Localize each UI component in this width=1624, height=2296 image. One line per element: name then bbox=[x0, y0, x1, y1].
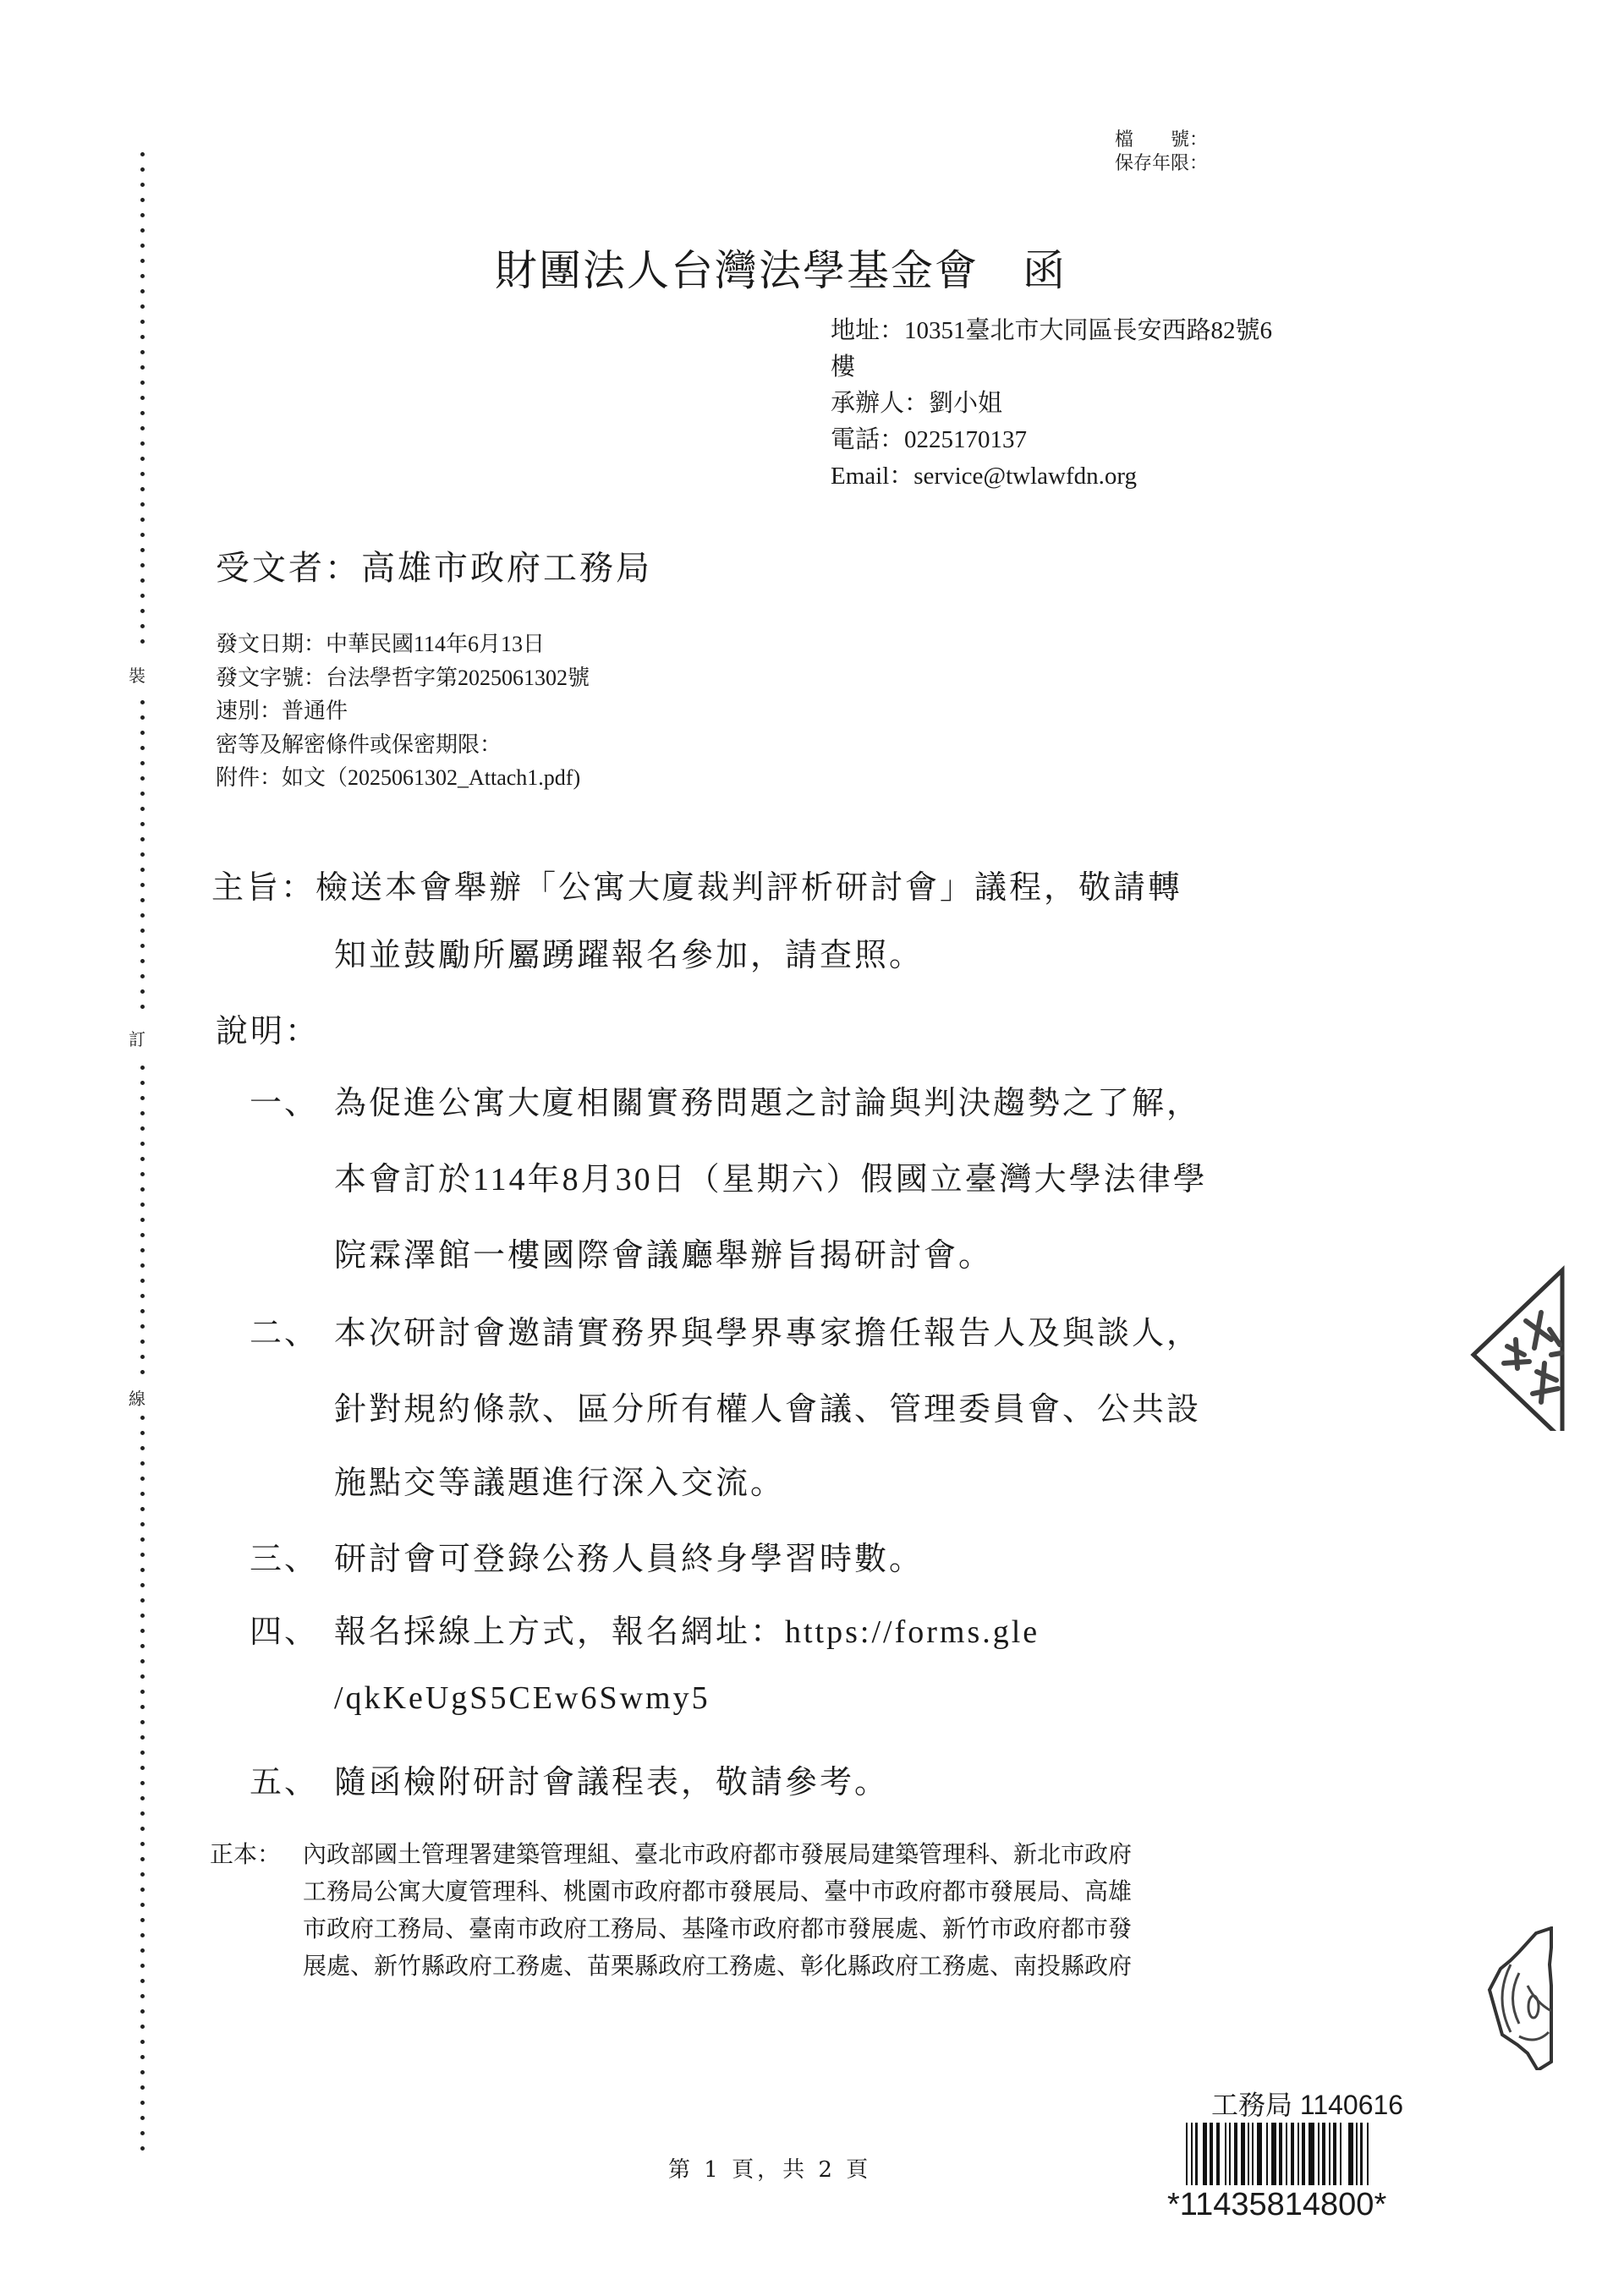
binding-dot bbox=[140, 1279, 145, 1283]
binding-dot bbox=[140, 411, 145, 415]
item-number: 四、 bbox=[250, 1605, 319, 1652]
binding-dot bbox=[140, 1203, 145, 1207]
attachment: 附件：如文（2025061302_Attach1.pdf) bbox=[216, 761, 590, 795]
subject-line-2: 知並鼓勵所屬踴躍報名參加，請查照。 bbox=[334, 929, 924, 975]
binding-dot bbox=[140, 1659, 145, 1663]
binding-dot bbox=[140, 1811, 145, 1816]
binding-dot bbox=[140, 1294, 145, 1298]
binding-dot bbox=[140, 1340, 145, 1344]
address-line-2: 樓 bbox=[831, 349, 1272, 386]
binding-dot bbox=[140, 1827, 145, 1831]
binding-dot bbox=[140, 441, 145, 446]
binding-dot bbox=[140, 883, 145, 887]
binding-dot bbox=[140, 1461, 145, 1466]
binding-dot bbox=[140, 868, 145, 872]
registration-link-line-2: /qkKeUgS5CEw6Swmy5 bbox=[334, 1680, 710, 1717]
binding-dot bbox=[140, 2131, 145, 2135]
item-line: 隨函檢附研討會議程表，敬請參考。 bbox=[334, 1756, 889, 1802]
binding-dot bbox=[140, 1781, 145, 1785]
binding-dot bbox=[140, 1948, 145, 1953]
item-line: 本次研討會邀請實務界與學界專家擔任報告人及與談人， bbox=[334, 1307, 1201, 1353]
binding-dot bbox=[140, 259, 145, 263]
binding-dot bbox=[140, 2116, 145, 2120]
binding-dot bbox=[140, 959, 145, 963]
binding-dot bbox=[140, 1187, 145, 1192]
binding-dot bbox=[140, 1096, 145, 1100]
copies-label: 正本： bbox=[210, 1837, 281, 1874]
binding-dot bbox=[140, 1842, 145, 1846]
file-no-label: 檔 號： bbox=[1115, 129, 1208, 152]
binding-dot bbox=[140, 533, 145, 537]
binding-dot bbox=[140, 1081, 145, 1085]
binding-dot bbox=[140, 1888, 145, 1892]
binding-dot bbox=[140, 1903, 145, 1907]
binding-dot bbox=[140, 1066, 145, 1070]
binding-dot bbox=[140, 1553, 145, 1557]
binding-dot bbox=[140, 1263, 145, 1268]
binding-dot bbox=[140, 822, 145, 826]
file-info: 檔 號： 保存年限： bbox=[1115, 129, 1208, 176]
issue-date: 發文日期：中華民國114年6月13日 bbox=[216, 627, 590, 661]
copies-list: 內政部國土管理署建築管理組、臺北市政府都市發展局建築管理科、新北市政府 工務局公… bbox=[303, 1837, 1453, 1986]
binding-dot bbox=[140, 2085, 145, 2090]
binding-dot bbox=[140, 1918, 145, 1922]
item-line: 針對規約條款、區分所有權人會議、管理委員會、公共設 bbox=[334, 1383, 1201, 1429]
binding-dot bbox=[140, 365, 145, 370]
binding-dot bbox=[140, 1735, 145, 1740]
binding-dot bbox=[140, 1720, 145, 1724]
binding-dot bbox=[140, 1674, 145, 1679]
binding-dot bbox=[140, 457, 145, 461]
binding-dot bbox=[140, 1005, 145, 1009]
item-number: 二、 bbox=[250, 1307, 319, 1353]
binding-dot bbox=[140, 944, 145, 948]
binding-label: 訂 bbox=[129, 1026, 145, 1050]
binding-dot bbox=[140, 2009, 145, 2014]
explanation-heading: 說明： bbox=[216, 1005, 320, 1051]
binding-dot bbox=[140, 746, 145, 750]
binding-dot bbox=[140, 837, 145, 841]
binding-dot bbox=[140, 1751, 145, 1755]
binding-dot bbox=[140, 594, 145, 598]
binding-margin: 裝訂線 bbox=[127, 127, 161, 2148]
binding-dot bbox=[140, 289, 145, 293]
barcode-number: *11435814800* bbox=[1167, 2187, 1386, 2223]
receipt-seal-icon bbox=[1485, 1926, 1624, 2070]
binding-dot bbox=[140, 807, 145, 811]
binding-dot bbox=[140, 1857, 145, 1861]
binding-dot bbox=[140, 929, 145, 933]
binding-label: 裝 bbox=[129, 662, 145, 687]
binding-dot bbox=[140, 1872, 145, 1877]
binding-dot bbox=[140, 213, 145, 217]
binding-dot bbox=[140, 578, 145, 583]
subject-line-1: 主旨：檢送本會舉辦「公寓大廈裁判評析研討會」議程，敬請轉 bbox=[211, 861, 1182, 907]
binding-dot bbox=[140, 1492, 145, 1496]
binding-dot bbox=[140, 700, 145, 704]
binding-dot bbox=[140, 852, 145, 857]
email: Email：service@twlawfdn.org bbox=[831, 458, 1272, 495]
binding-dot bbox=[140, 335, 145, 339]
binding-dot bbox=[140, 1705, 145, 1709]
item-line: 施點交等議題進行深入交流。 bbox=[334, 1456, 785, 1503]
binding-dot bbox=[140, 1309, 145, 1313]
binding-dot bbox=[140, 1964, 145, 1968]
recipient: 受文者：高雄市政府工務局 bbox=[216, 541, 652, 589]
retention-label: 保存年限： bbox=[1115, 152, 1208, 176]
binding-dot bbox=[140, 2025, 145, 2029]
binding-dot bbox=[140, 792, 145, 796]
binding-dot bbox=[140, 1157, 145, 1161]
binding-dot bbox=[140, 1477, 145, 1481]
document-title: 財團法人台灣法學基金會 函 bbox=[495, 237, 1067, 298]
binding-dot bbox=[140, 2070, 145, 2074]
item-number: 三、 bbox=[250, 1532, 319, 1579]
item-line: 院霖澤館一樓國際會議廳舉辦旨揭研討會。 bbox=[334, 1229, 993, 1275]
binding-dot bbox=[140, 381, 145, 385]
binding-label: 線 bbox=[129, 1385, 145, 1410]
address-line-1: 地址：10351臺北市大同區長安西路82號6 bbox=[831, 313, 1272, 349]
speed: 速別：普通件 bbox=[216, 694, 590, 728]
binding-dot bbox=[140, 2040, 145, 2044]
binding-dot bbox=[140, 1172, 145, 1176]
binding-dot bbox=[140, 624, 145, 628]
item-number: 五、 bbox=[250, 1756, 319, 1802]
binding-dot bbox=[140, 1142, 145, 1146]
binding-dot bbox=[140, 198, 145, 202]
binding-dot bbox=[140, 898, 145, 902]
phone: 電話：0225170137 bbox=[831, 422, 1272, 458]
binding-dot bbox=[140, 167, 145, 172]
seal-stamp-icon bbox=[1457, 1245, 1624, 1431]
binding-dot bbox=[140, 472, 145, 476]
registration-link-line-1: 報名採線上方式，報名網址：https://forms.gle bbox=[334, 1605, 1040, 1652]
binding-dot bbox=[140, 1644, 145, 1648]
binding-dot bbox=[140, 639, 145, 644]
receipt-label: 工務局 1140616 bbox=[1211, 2084, 1403, 2123]
binding-dot bbox=[140, 1690, 145, 1694]
item-line: 研討會可登錄公務人員終身學習時數。 bbox=[334, 1532, 924, 1579]
binding-dot bbox=[140, 2146, 145, 2151]
copies-line: 內政部國土管理署建築管理組、臺北市政府都市發展局建築管理科、新北市政府 bbox=[303, 1837, 1453, 1874]
binding-dot bbox=[140, 1355, 145, 1359]
binding-dot bbox=[140, 974, 145, 978]
binding-dot bbox=[140, 1431, 145, 1435]
binding-dot bbox=[140, 1766, 145, 1770]
binding-dot bbox=[140, 1994, 145, 1998]
binding-dot bbox=[140, 1979, 145, 1983]
doc-number: 發文字號：台法學哲字第2025061302號 bbox=[216, 661, 590, 695]
binding-dot bbox=[140, 487, 145, 491]
binding-dot bbox=[140, 776, 145, 781]
binding-dot bbox=[140, 548, 145, 552]
page-number: 第 1 頁，共 2 頁 bbox=[668, 2152, 871, 2184]
item-line: 本會訂於114年8月30日（星期六）假國立臺灣大學法律學 bbox=[334, 1153, 1208, 1199]
binding-dot bbox=[140, 320, 145, 324]
item-line: 為促進公寓大廈相關實務問題之討論與判決趨勢之了解， bbox=[334, 1077, 1201, 1123]
binding-dot bbox=[140, 1416, 145, 1420]
binding-dot bbox=[140, 518, 145, 522]
copies-line: 工務局公寓大廈管理科、桃園市政府都市發展局、臺中市政府都市發展局、高雄 bbox=[303, 1874, 1453, 1911]
binding-dot bbox=[140, 396, 145, 400]
binding-dot bbox=[140, 350, 145, 354]
binding-dot bbox=[140, 1446, 145, 1450]
binding-dot bbox=[140, 989, 145, 994]
contact-block: 地址：10351臺北市大同區長安西路82號6 樓 承辦人：劉小姐 電話：0225… bbox=[831, 313, 1272, 495]
binding-dot bbox=[140, 228, 145, 233]
binding-dot bbox=[140, 1614, 145, 1618]
binding-dot bbox=[140, 715, 145, 720]
binding-dot bbox=[140, 426, 145, 430]
binding-dot bbox=[140, 1629, 145, 1633]
binding-dot bbox=[140, 1218, 145, 1222]
handler: 承辦人：劉小姐 bbox=[831, 386, 1272, 422]
binding-dot bbox=[140, 563, 145, 567]
binding-dot bbox=[140, 1522, 145, 1526]
binding-dot bbox=[140, 1233, 145, 1237]
binding-dot bbox=[140, 304, 145, 309]
binding-dot bbox=[140, 1796, 145, 1800]
binding-dot bbox=[140, 1111, 145, 1115]
binding-dot bbox=[140, 2055, 145, 2059]
item-number: 一、 bbox=[250, 1077, 319, 1123]
binding-dot bbox=[140, 731, 145, 735]
copies-line: 市政府工務局、臺南市政府工務局、基隆市政府都市發展處、新竹市政府都市發 bbox=[303, 1911, 1453, 1948]
binding-dot bbox=[140, 1583, 145, 1587]
binding-dot bbox=[140, 1126, 145, 1131]
binding-dot bbox=[140, 1537, 145, 1542]
document-meta: 發文日期：中華民國114年6月13日 發文字號：台法學哲字第2025061302… bbox=[216, 627, 590, 795]
binding-dot bbox=[140, 609, 145, 613]
barcode-icon bbox=[1186, 2123, 1389, 2185]
binding-dot bbox=[140, 1933, 145, 1937]
binding-dot bbox=[140, 1568, 145, 1572]
binding-dot bbox=[140, 244, 145, 248]
binding-dot bbox=[140, 152, 145, 156]
binding-dot bbox=[140, 274, 145, 278]
binding-dot bbox=[140, 1370, 145, 1374]
binding-dot bbox=[140, 502, 145, 507]
binding-dot bbox=[140, 1248, 145, 1252]
binding-dot bbox=[140, 1324, 145, 1329]
binding-dot bbox=[140, 183, 145, 187]
binding-dot bbox=[140, 761, 145, 765]
binding-dot bbox=[140, 2101, 145, 2105]
binding-dot bbox=[140, 1598, 145, 1603]
secrecy: 密等及解密條件或保密期限： bbox=[216, 728, 590, 762]
copies-line: 展處、新竹縣政府工務處、苗栗縣政府工務處、彰化縣政府工務處、南投縣政府 bbox=[303, 1948, 1453, 1986]
binding-dot bbox=[140, 913, 145, 918]
binding-dot bbox=[140, 1507, 145, 1511]
